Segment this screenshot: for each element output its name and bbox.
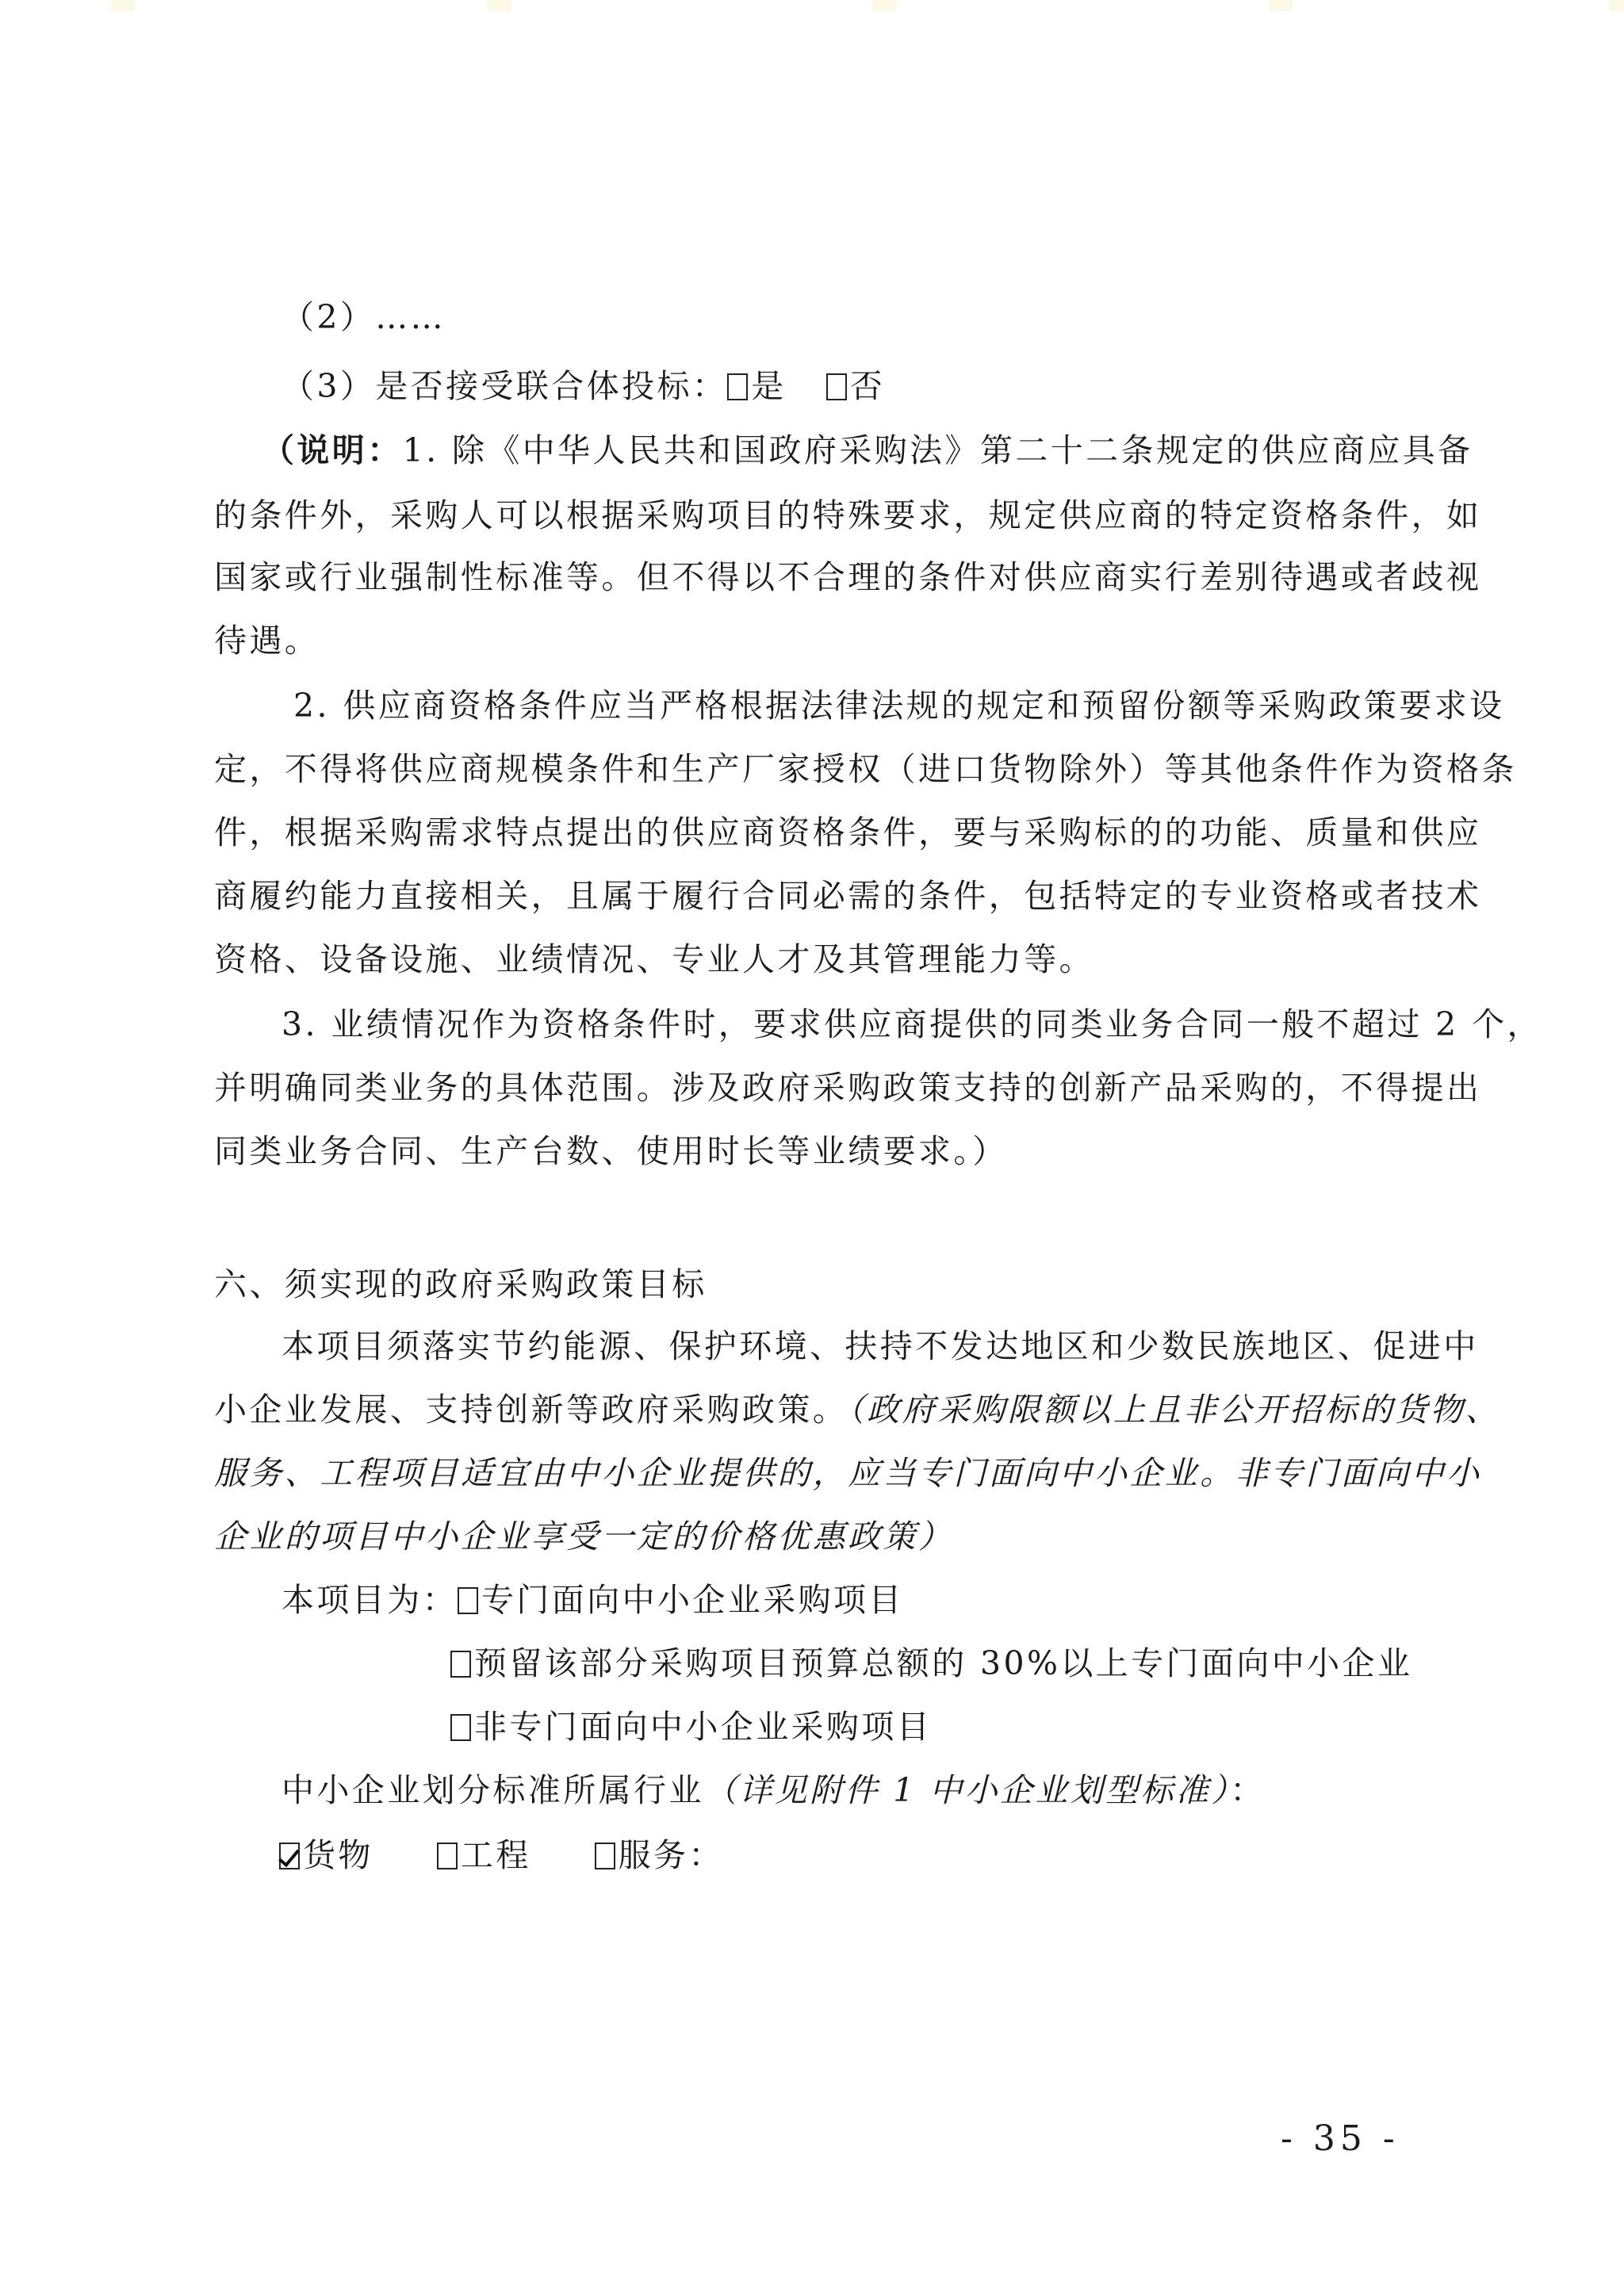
policy-line-3: 服务、工程项目适宜由中小企业提供的，应当专门面向中小企业。非专门面向中小: [214, 1452, 1455, 1494]
goods-label: 货物: [303, 1836, 373, 1874]
checkbox-project-opt1[interactable]: [458, 1587, 478, 1614]
checkbox-consortium-no[interactable]: [826, 373, 847, 400]
policy-text: 小企业发展、支持创新等政府采购政策。: [214, 1391, 848, 1429]
project-type-line-1: 本项目为：专门面向中小企业采购项目: [282, 1579, 1522, 1621]
project-opt3-label: 非专门面向中小企业采购项目: [474, 1708, 932, 1746]
note-1-line-3: 国家或行业强制性标准等。但不得以不合理的条件对供应商实行差别待遇或者歧视: [214, 557, 1455, 598]
note-2-line-3: 件，根据采购需求特点提出的供应商资格条件，要与采购标的的功能、质量和供应: [214, 812, 1455, 853]
option-no-label: 否: [850, 367, 885, 405]
industry-colon: ：: [1230, 1771, 1265, 1809]
note-3-line-3: 同类业务合同、生产台数、使用时长等业绩要求。）: [214, 1131, 1455, 1172]
checkbox-project-opt3[interactable]: [450, 1714, 471, 1741]
note-1-line-2: 的条件外，采购人可以根据采购项目的特殊要求，规定供应商的特定资格条件，如: [214, 495, 1455, 536]
note-3-line-1: 3. 业绩情况作为资格条件时，要求供应商提供的同类业务合同一般不超过 2 个，: [282, 1004, 1522, 1045]
note-2-line-4: 商履约能力直接相关，且属于履行合同必需的条件，包括特定的专业资格或者技术: [214, 875, 1455, 916]
project-opt2-label: 预留该部分采购项目预算总额的 30%以上专门面向中小企业: [474, 1644, 1412, 1682]
policy-line-4: 企业的项目中小企业享受一定的价格优惠政策）: [214, 1516, 1455, 1557]
industry-note: （详见附件 1 中小企业划型标准）: [704, 1771, 1230, 1809]
item-3-consortium: （3）是否接受联合体投标：是否: [282, 365, 1522, 407]
policy-line-2: 小企业发展、支持创新等政府采购政策。（政府采购限额以上且非公开招标的货物、: [214, 1389, 1455, 1430]
note-1-text: 1. 除《中华人民共和国政府采购法》第二十二条规定的供应商应具备: [403, 431, 1473, 469]
item-3-label: （3）是否接受联合体投标：: [282, 367, 727, 405]
note-2-line-2: 定，不得将供应商规模条件和生产厂家授权（进口货物除外）等其他条件作为资格条: [214, 748, 1455, 790]
project-type-line-2: 预留该部分采购项目预算总额的 30%以上专门面向中小企业: [450, 1643, 1624, 1684]
project-type-line-3: 非专门面向中小企业采购项目: [450, 1706, 1624, 1747]
note-3-line-2: 并明确同类业务的具体范围。涉及政府采购政策支持的创新产品采购的，不得提出: [214, 1067, 1455, 1108]
note-2-line-5: 资格、设备设施、业绩情况、专业人才及其管理能力等。: [214, 939, 1455, 980]
services-label: 服务：: [619, 1836, 724, 1874]
item-2: （2）……: [282, 297, 1522, 338]
section-heading: 六、须实现的政府采购政策目标: [214, 1264, 1455, 1305]
industry-line: 中小企业划分标准所属行业（详见附件 1 中小企业划型标准）：: [282, 1770, 1522, 1811]
note-1-line-1: （说明：1. 除《中华人民共和国政府采购法》第二十二条规定的供应商应具备: [262, 430, 1503, 471]
checkbox-services[interactable]: [595, 1843, 615, 1869]
engineering-label: 工程: [461, 1836, 531, 1874]
note-2-line-1: 2. 供应商资格条件应当严格根据法律法规的规定和预留份额等采购政策要求设: [293, 685, 1534, 726]
page-number: - 35 -: [1281, 2118, 1400, 2159]
project-type-label: 本项目为：: [282, 1581, 458, 1619]
scan-artifacts: [0, 0, 1624, 13]
checkbox-consortium-yes[interactable]: [727, 373, 748, 400]
industry-options: 货物工程服务：: [279, 1835, 1520, 1876]
option-yes-label: 是: [751, 367, 786, 405]
checkbox-engineering[interactable]: [437, 1843, 458, 1869]
note-label: （说明：: [262, 431, 403, 469]
note-1-line-4: 待遇。: [214, 620, 1455, 661]
policy-note: （政府采购限额以上且非公开招标的货物、: [848, 1391, 1500, 1429]
checkbox-goods[interactable]: [279, 1843, 300, 1869]
project-opt1-label: 专门面向中小企业采购项目: [481, 1581, 904, 1619]
checkbox-project-opt2[interactable]: [450, 1651, 471, 1678]
policy-line-1: 本项目须落实节约能源、保护环境、扶持不发达地区和少数民族地区、促进中: [282, 1326, 1522, 1367]
industry-label: 中小企业划分标准所属行业: [282, 1771, 704, 1809]
